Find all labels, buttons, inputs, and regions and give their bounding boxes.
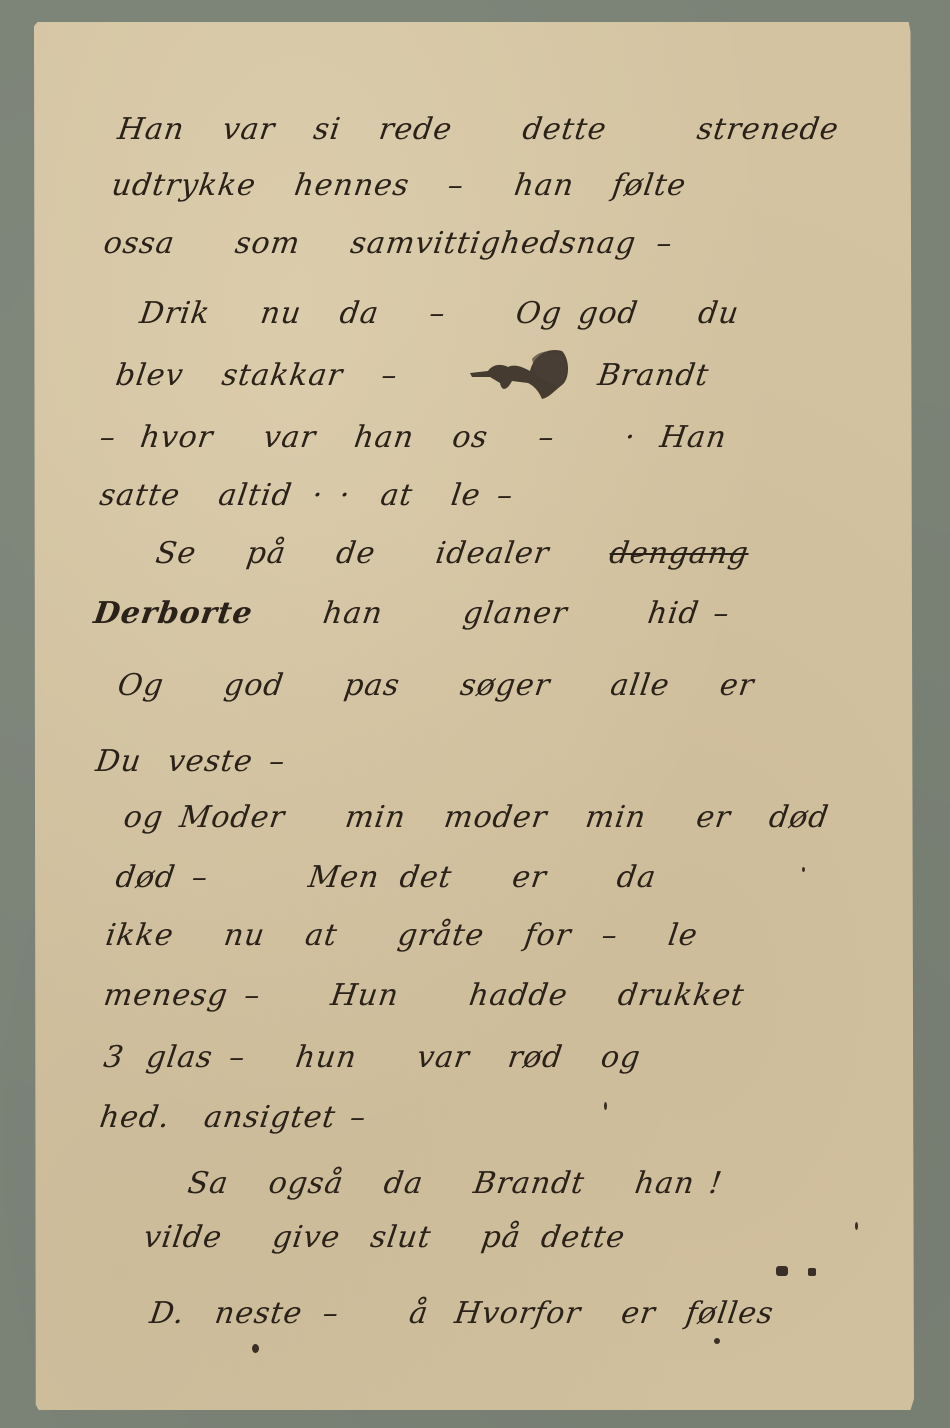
word: Derborte (92, 596, 256, 631)
word: – (267, 744, 288, 779)
word: veste (165, 744, 255, 779)
word: – (227, 1040, 248, 1075)
manuscript-line: Han var si rede dette strenede (116, 112, 870, 147)
word: Han (658, 420, 729, 455)
ink-speck (252, 1344, 259, 1353)
word: – (654, 226, 675, 261)
word: rede (377, 112, 455, 147)
word: slut (368, 1220, 433, 1255)
word: å (407, 1296, 431, 1331)
word: er (694, 800, 733, 835)
word: var (261, 420, 318, 455)
word: altid (216, 478, 294, 513)
word: – (348, 1100, 369, 1135)
word: min (343, 800, 408, 835)
ink-speck (776, 1266, 788, 1276)
ink-speck (802, 867, 805, 872)
word: stakkar (220, 358, 346, 393)
word: gråte (396, 918, 487, 953)
word: hun (293, 1040, 359, 1075)
word: hvor (138, 420, 216, 455)
word: følles (684, 1296, 776, 1331)
word: at (303, 918, 340, 953)
manuscript-line: blev stakkar – Brandt (114, 358, 740, 393)
manuscript-line: Se på de idealer dengang (154, 536, 780, 571)
word: søger (458, 668, 553, 703)
word: – (427, 296, 448, 331)
word: dette (539, 1220, 628, 1255)
word: samvittighedsnag (348, 226, 638, 261)
word: satte (98, 478, 183, 513)
word: som (233, 226, 303, 261)
manuscript-line: Sa også da Brandt han ! (186, 1166, 753, 1201)
word: er (718, 668, 757, 703)
struck-word: dengang (607, 536, 751, 571)
word: er (510, 860, 549, 895)
word: le (449, 478, 483, 513)
word: – (190, 860, 211, 895)
word: var (220, 112, 277, 147)
word: blev (114, 358, 186, 393)
word: – (242, 978, 263, 1013)
word: idealer (434, 536, 552, 571)
word: 3 (102, 1040, 127, 1075)
word: Han (116, 112, 187, 147)
word: Hun (329, 978, 402, 1013)
word: ansigtet (202, 1100, 338, 1135)
word: D. (148, 1296, 187, 1331)
word: god (576, 296, 640, 331)
manuscript-line: ossa som samvittighedsnag – (102, 226, 703, 261)
word: – (379, 358, 400, 393)
word: han (633, 1166, 697, 1201)
word: hadde (467, 978, 570, 1013)
word: Drik (138, 296, 213, 331)
manuscript-line: hed. ansigtet – (98, 1100, 397, 1135)
word: – (711, 596, 732, 631)
word: også (267, 1166, 346, 1201)
word: menesg (102, 978, 231, 1013)
word: hed. (98, 1100, 173, 1135)
ink-speck (604, 1102, 607, 1110)
word: os (450, 420, 490, 455)
word: hennes (292, 168, 412, 203)
word: død (114, 860, 178, 895)
word: – (495, 478, 516, 513)
word: han (321, 596, 385, 631)
word: for (522, 918, 573, 953)
word: vilde (142, 1220, 225, 1255)
word: Du (94, 744, 144, 779)
word: strenede (695, 112, 842, 147)
ink-speck (714, 1338, 720, 1344)
word: da (382, 1166, 426, 1201)
manuscript-line: ikke nu at gråte for – le (104, 918, 729, 953)
ink-speck (855, 1222, 858, 1230)
word: er (619, 1296, 658, 1331)
word: du (696, 296, 741, 331)
word: le (666, 918, 700, 953)
word: glas (144, 1040, 215, 1075)
manuscript-line: og Moder min moder min er død (122, 800, 860, 835)
word: Se (154, 536, 199, 571)
word: Og (514, 296, 565, 331)
ink-speck (808, 1268, 816, 1276)
word: ! (707, 1166, 725, 1201)
word: og (599, 1040, 643, 1075)
word: følte (610, 168, 688, 203)
word: · (623, 420, 638, 455)
word: han (352, 420, 416, 455)
word: Brandt (596, 358, 712, 393)
word: da (615, 860, 659, 895)
word: Sa (186, 1166, 231, 1201)
word: – (445, 168, 466, 203)
word: Brandt (471, 1166, 587, 1201)
word: pas (342, 668, 402, 703)
manuscript-line: – hvor var han os – · Han (98, 420, 758, 455)
word: min (583, 800, 648, 835)
manuscript-line: Du veste – (94, 744, 316, 779)
word: og (122, 800, 166, 835)
manuscript-line: død – Men det er da (114, 860, 687, 895)
word: Moder (177, 800, 287, 835)
word: si (311, 112, 343, 147)
manuscript-line: D. neste – å Hvorfor er følles (148, 1296, 805, 1331)
manuscript-line: udtrykke hennes – han følte (110, 168, 717, 203)
manuscript-line: vilde give slut på dette (142, 1220, 656, 1255)
word: nu (222, 918, 268, 953)
word: alle (608, 668, 672, 703)
word: at (378, 478, 415, 513)
word: · (310, 478, 325, 513)
word: han (512, 168, 576, 203)
manuscript-line: 3 glas – hun var rød og (102, 1040, 671, 1075)
word: god (222, 668, 286, 703)
word: nu (258, 296, 304, 331)
word: – (320, 1296, 341, 1331)
word: · (337, 478, 352, 513)
word: hid (645, 596, 701, 631)
word: Men (306, 860, 382, 895)
word: da (337, 296, 381, 331)
word: det (397, 860, 454, 895)
manuscript-line: satte altid · · at le – (98, 478, 544, 513)
word: dette (520, 112, 609, 147)
manuscript-line: Derborte han glaner hid – (92, 596, 761, 631)
word: Hvorfor (452, 1296, 583, 1331)
word: glaner (461, 596, 570, 631)
word: – (98, 420, 119, 455)
word: moder (442, 800, 550, 835)
word: ossa (102, 226, 178, 261)
word: de (334, 536, 378, 571)
word: død (767, 800, 831, 835)
ink-blot (470, 345, 570, 403)
manuscript-line: Drik nu da – Og god du (138, 296, 770, 331)
manuscript-line: menesg – Hun hadde drukket (102, 978, 775, 1013)
word: ikke (104, 918, 177, 953)
word: give (270, 1220, 342, 1255)
word: var (415, 1040, 472, 1075)
word: neste (213, 1296, 305, 1331)
word: udtrykke (110, 168, 259, 203)
word: rød (506, 1040, 566, 1075)
word: drukket (616, 978, 747, 1013)
word: på (479, 1220, 523, 1255)
manuscript-line: Og god pas søger alle er (116, 668, 785, 703)
word: Og (116, 668, 167, 703)
word: på (244, 536, 288, 571)
word: – (599, 918, 620, 953)
word: – (536, 420, 557, 455)
